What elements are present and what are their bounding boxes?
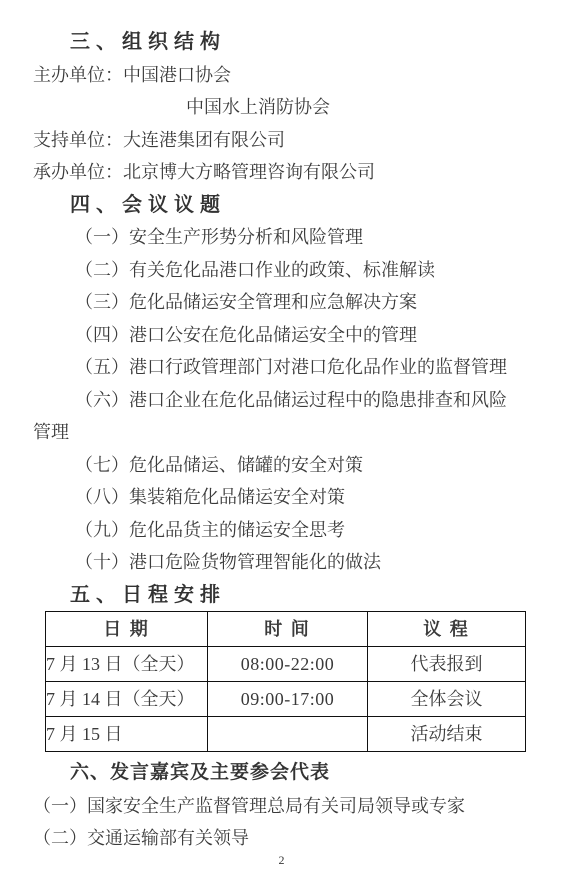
org-support-value: 大连港集团有限公司: [123, 130, 285, 150]
section-heading-topics: 四、会议议题: [33, 189, 530, 222]
topic-item-9: （九）危化品货主的储运安全思考: [33, 514, 517, 547]
agenda-cell: 代表报到: [368, 647, 526, 682]
section-heading-guests: 六、发言嘉宾及主要参会代表: [33, 757, 530, 790]
section-heading-schedule: 五、日程安排: [33, 579, 530, 612]
agenda-cell: 活动结束: [368, 717, 526, 752]
topic-item-3: （三）危化品储运安全管理和应急解决方案: [33, 286, 517, 319]
guest-item-1: （一）国家安全生产监督管理总局有关司局领导或专家: [33, 790, 530, 823]
topic-item-6: （六）港口企业在危化品储运过程中的隐患排查和风险管理: [33, 384, 517, 449]
org-organizer-value: 北京博大方略管理咨询有限公司: [123, 162, 375, 182]
org-host-label: 主办单位：: [33, 65, 123, 85]
date-cell: 7 月 14 日（全天）: [46, 682, 208, 717]
table-row: 7 月 14 日（全天） 09:00-17:00 全体会议: [46, 682, 526, 717]
org-organizer-label: 承办单位：: [33, 162, 123, 182]
table-row: 7 月 13 日（全天） 08:00-22:00 代表报到: [46, 647, 526, 682]
guest-item-2: （二）交通运输部有关领导: [33, 822, 530, 855]
date-cell: 7 月 15 日: [46, 717, 208, 752]
org-support-line: 支持单位：大连港集团有限公司: [33, 124, 530, 157]
org-organizer-line: 承办单位：北京博大方略管理咨询有限公司: [33, 156, 530, 189]
topic-item-4: （四）港口公安在危化品储运安全中的管理: [33, 319, 517, 352]
section-heading-organization: 三、组织结构: [33, 26, 530, 59]
org-host2-line: 中国水上消防协会: [33, 91, 530, 124]
page-content: 三、组织结构 主办单位：中国港口协会 中国水上消防协会 支持单位：大连港集团有限…: [33, 26, 530, 867]
org-support-label: 支持单位：: [33, 130, 123, 150]
date-column-header: 日 期: [46, 612, 208, 647]
table-row: 7 月 15 日 活动结束: [46, 717, 526, 752]
topic-item-1: （一）安全生产形势分析和风险管理: [33, 221, 517, 254]
date-cell: 7 月 13 日（全天）: [46, 647, 208, 682]
agenda-cell: 全体会议: [368, 682, 526, 717]
org-host-line: 主办单位：中国港口协会: [33, 59, 530, 92]
topic-item-2: （二）有关危化品港口作业的政策、标准解读: [33, 254, 517, 287]
document-page: 三、组织结构 主办单位：中国港口协会 中国水上消防协会 支持单位：大连港集团有限…: [0, 0, 561, 879]
time-column-header: 时 间: [208, 612, 368, 647]
topic-item-10: （十）港口危险货物管理智能化的做法: [33, 546, 517, 579]
org-host-value: 中国港口协会: [123, 65, 231, 85]
topic-item-5: （五）港口行政管理部门对港口危化品作业的监督管理: [33, 351, 517, 384]
schedule-header-row: 日 期 时 间 议 程: [46, 612, 526, 647]
time-cell: 08:00-22:00: [208, 647, 368, 682]
topic-item-8: （八）集装箱危化品储运安全对策: [33, 481, 517, 514]
agenda-column-header: 议 程: [368, 612, 526, 647]
time-cell: [208, 717, 368, 752]
page-number: 2: [33, 853, 530, 867]
topic-item-7: （七）危化品储运、储罐的安全对策: [33, 449, 517, 482]
time-cell: 09:00-17:00: [208, 682, 368, 717]
schedule-table: 日 期 时 间 议 程 7 月 13 日（全天） 08:00-22:00 代表报…: [45, 611, 526, 752]
